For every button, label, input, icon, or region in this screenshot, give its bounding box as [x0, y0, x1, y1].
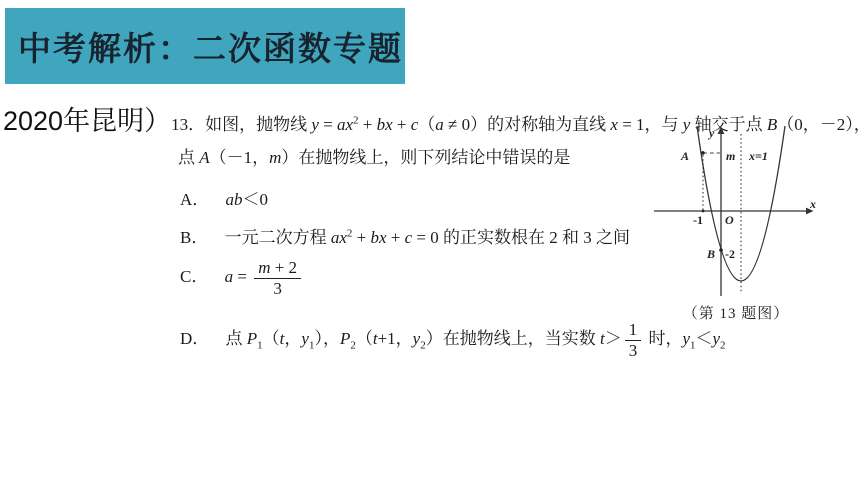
x-axis-label: x	[809, 197, 816, 211]
y-axis-label: y	[707, 126, 715, 140]
option-c-label: C．	[180, 267, 208, 286]
option-b: B． 一元二次方程 ax2 + bx + c = 0 的正实数根在 2 和 3 …	[180, 223, 630, 248]
option-a-label: A．	[180, 190, 209, 209]
point-a-dot	[701, 151, 704, 154]
option-d-label: D．	[180, 329, 209, 348]
point-a-label: A	[680, 149, 689, 163]
neg1-label: -1	[693, 213, 703, 227]
slide: 中考解析：二次函数专题 2020年昆明）13．如图，抛物线 y = ax2 + …	[0, 0, 864, 486]
option-b-text: 一元二次方程 ax2 + bx + c = 0 的正实数根在 2 和 3 之间	[225, 228, 630, 247]
y-axis-arrow	[718, 127, 725, 135]
option-d-text: 点 P1（t，y1），P2（t+1，y2）在抛物线上，当实数 t＞13 时，y1…	[226, 329, 726, 348]
option-a: A． ab＜0	[180, 185, 268, 210]
parabola-graph: y m x=1 A x O -1 B -2	[648, 120, 823, 302]
title-banner: 中考解析：二次函数专题	[5, 8, 405, 84]
option-c: C． a = m + 23	[180, 258, 304, 298]
problem-statement-line2: 点 A（－1，m）在抛物线上，则下列结论中错误的是	[178, 143, 570, 168]
parabola-figure: y m x=1 A x O -1 B -2 （第 13 题图）	[648, 120, 824, 323]
neg2-label: -2	[725, 247, 735, 261]
slide-title: 中考解析：二次函数专题	[18, 23, 403, 70]
origin-label: O	[725, 213, 734, 227]
option-c-text: a = m + 23	[225, 267, 304, 286]
option-d: D． 点 P1（t，y1），P2（t+1，y2）在抛物线上，当实数 t＞13 时…	[180, 320, 726, 360]
point-b-label: B	[706, 247, 715, 261]
tick-neg1-dot	[702, 210, 705, 213]
m-label: m	[726, 149, 735, 163]
point-b-dot	[719, 248, 723, 252]
symmetry-label: x=1	[748, 149, 768, 163]
option-b-label: B．	[180, 228, 208, 247]
option-a-text: ab＜0	[226, 190, 269, 209]
figure-caption: （第 13 题图）	[648, 302, 824, 323]
